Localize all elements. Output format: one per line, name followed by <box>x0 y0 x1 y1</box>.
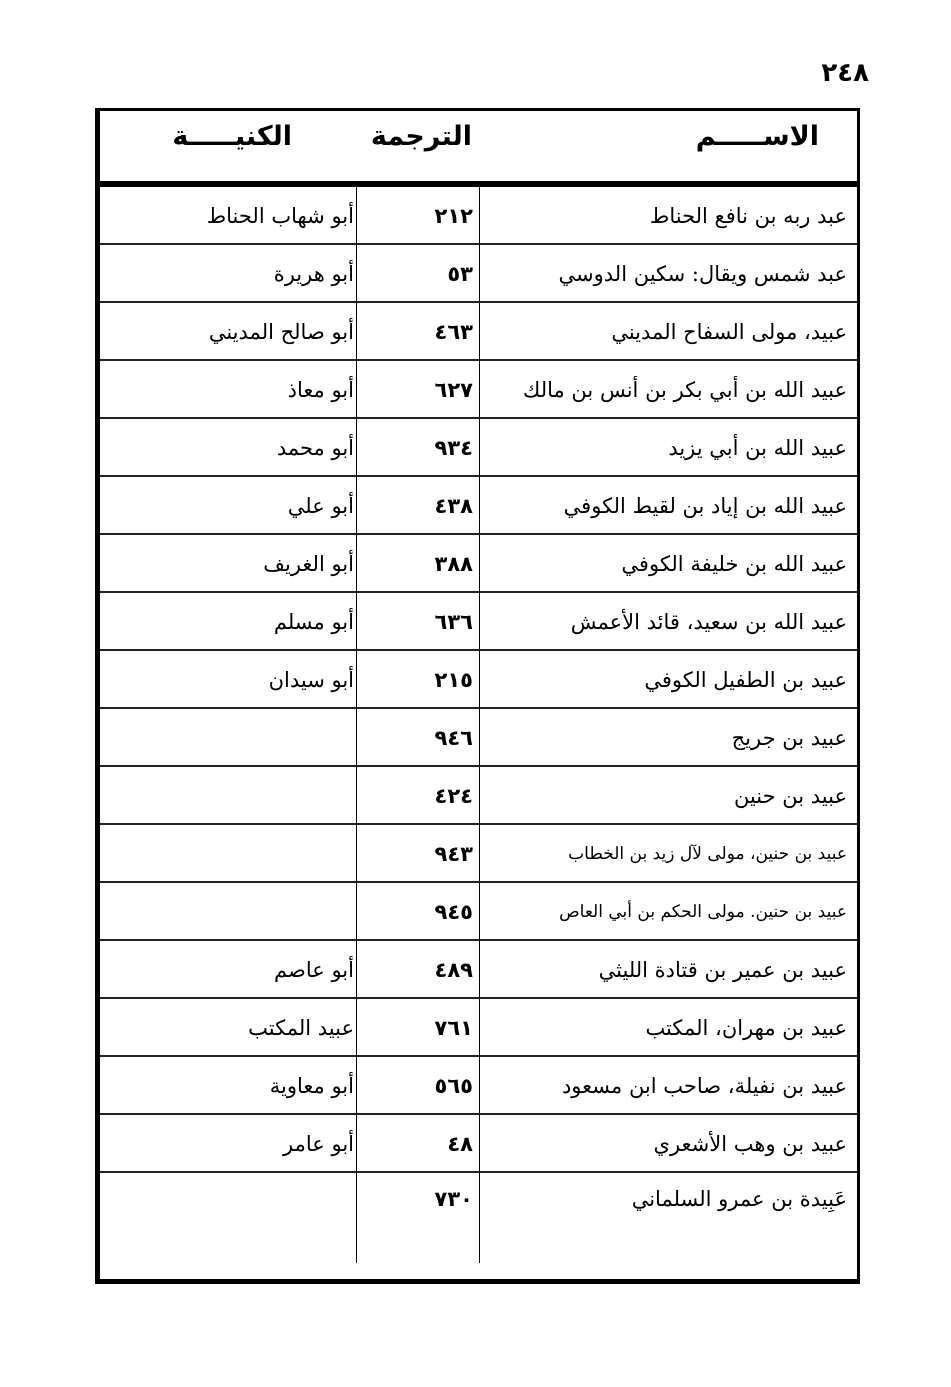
entry-number-cell: ٢١٥ <box>356 651 479 707</box>
name-cell: عبيد الله بن إياد بن لقيط الكوفي <box>479 477 857 533</box>
column-header-kunya: الكنيـــــة <box>172 121 292 152</box>
table-row: عبيد بن جريج ٩٤٦ <box>100 709 857 767</box>
name-cell: عبيد الله بن سعيد، قائد الأعمش <box>479 593 857 649</box>
table-row: عبيد الله بن خليفة الكوفي ٣٨٨ أبو الغريف <box>100 535 857 593</box>
table-header: الاســـــم الترجمة الكنيـــــة <box>100 111 860 187</box>
entry-number-cell: ٣٨٨ <box>356 535 479 591</box>
kunya-cell <box>100 709 356 765</box>
table-row: عبيد الله بن سعيد، قائد الأعمش ٦٣٦ أبو م… <box>100 593 857 651</box>
entry-number-cell: ٤٢٤ <box>356 767 479 823</box>
name-cell: عبد شمس ويقال: سكين الدوسي <box>479 245 857 301</box>
table-row: عبيد بن عمير بن قتادة الليثي ٤٨٩ أبو عاص… <box>100 941 857 999</box>
kunya-cell: أبو عاصم <box>100 941 356 997</box>
names-index-table: الاســـــم الترجمة الكنيـــــة عبد ربه ب… <box>95 108 860 1284</box>
entry-number-cell: ٩٤٣ <box>356 825 479 881</box>
table-body: عبد ربه بن نافع الحناط ٢١٢ أبو شهاب الحن… <box>100 187 857 1263</box>
table-row: عَبِيدة بن عمرو السلماني ٧٣٠ <box>100 1173 857 1263</box>
kunya-cell: أبو معاذ <box>100 361 356 417</box>
kunya-cell: أبو عامر <box>100 1115 356 1171</box>
entry-number-cell: ٦٢٧ <box>356 361 479 417</box>
entry-number-cell: ٥٣ <box>356 245 479 301</box>
name-cell: عَبِيدة بن عمرو السلماني <box>479 1173 857 1263</box>
kunya-cell: أبو هريرة <box>100 245 356 301</box>
kunya-cell: أبو صالح المديني <box>100 303 356 359</box>
entry-number-cell: ٤٨٩ <box>356 941 479 997</box>
kunya-cell <box>100 767 356 823</box>
entry-number-cell: ٩٤٥ <box>356 883 479 939</box>
name-cell: عبيد بن مهران، المكتب <box>479 999 857 1055</box>
name-cell: عبيد الله بن خليفة الكوفي <box>479 535 857 591</box>
name-cell: عبيد بن نفيلة، صاحب ابن مسعود <box>479 1057 857 1113</box>
kunya-cell: أبو معاوية <box>100 1057 356 1113</box>
table-row: عبيد بن مهران، المكتب ٧٦١ عبيد المكتب <box>100 999 857 1057</box>
kunya-cell: أبو مسلم <box>100 593 356 649</box>
table-row: عبيد بن وهب الأشعري ٤٨ أبو عامر <box>100 1115 857 1173</box>
table-row: عبيد الله بن أبي بكر بن أنس بن مالك ٦٢٧ … <box>100 361 857 419</box>
entry-number-cell: ٦٣٦ <box>356 593 479 649</box>
page-number: ٢٤٨ <box>821 58 869 88</box>
name-cell: عبيد بن حنين، مولى لآل زيد بن الخطاب <box>479 825 857 881</box>
kunya-cell <box>100 883 356 939</box>
name-cell: عبيد بن جريج <box>479 709 857 765</box>
entry-number-cell: ٩٣٤ <box>356 419 479 475</box>
name-cell: عبيد الله بن أبي بكر بن أنس بن مالك <box>479 361 857 417</box>
kunya-cell <box>100 825 356 881</box>
name-cell: عبيد بن حنين. مولى الحكم بن أبي العاص <box>479 883 857 939</box>
name-cell: عبيد، مولى السفاح المديني <box>479 303 857 359</box>
entry-number-cell: ٢١٢ <box>356 187 479 243</box>
table-row: عبيد، مولى السفاح المديني ٤٦٣ أبو صالح ا… <box>100 303 857 361</box>
table-row: عبد شمس ويقال: سكين الدوسي ٥٣ أبو هريرة <box>100 245 857 303</box>
kunya-cell: أبو سيدان <box>100 651 356 707</box>
name-cell: عبيد بن الطفيل الكوفي <box>479 651 857 707</box>
table-row: عبيد الله بن أبي يزيد ٩٣٤ أبو محمد <box>100 419 857 477</box>
name-cell: عبيد الله بن أبي يزيد <box>479 419 857 475</box>
table-row: عبيد بن حنين ٤٢٤ <box>100 767 857 825</box>
kunya-cell: أبو علي <box>100 477 356 533</box>
kunya-cell: أبو محمد <box>100 419 356 475</box>
kunya-cell: أبو الغريف <box>100 535 356 591</box>
table-row: عبيد بن نفيلة، صاحب ابن مسعود ٥٦٥ أبو مع… <box>100 1057 857 1115</box>
table-row: عبيد بن الطفيل الكوفي ٢١٥ أبو سيدان <box>100 651 857 709</box>
kunya-cell: عبيد المكتب <box>100 999 356 1055</box>
entry-number-cell: ٧٦١ <box>356 999 479 1055</box>
kunya-cell: أبو شهاب الحناط <box>100 187 356 243</box>
name-cell: عبيد بن حنين <box>479 767 857 823</box>
table-row: عبيد بن حنين. مولى الحكم بن أبي العاص ٩٤… <box>100 883 857 941</box>
entry-number-cell: ٩٤٦ <box>356 709 479 765</box>
column-header-name: الاســـــم <box>696 121 819 152</box>
entry-number-cell: ٤٨ <box>356 1115 479 1171</box>
table-row: عبد ربه بن نافع الحناط ٢١٢ أبو شهاب الحن… <box>100 187 857 245</box>
kunya-cell <box>100 1173 356 1263</box>
name-cell: عبيد بن عمير بن قتادة الليثي <box>479 941 857 997</box>
table-row: عبيد الله بن إياد بن لقيط الكوفي ٤٣٨ أبو… <box>100 477 857 535</box>
column-header-entry: الترجمة <box>371 121 472 152</box>
entry-number-cell: ٤٣٨ <box>356 477 479 533</box>
entry-number-cell: ٧٣٠ <box>356 1173 479 1263</box>
table-row: عبيد بن حنين، مولى لآل زيد بن الخطاب ٩٤٣ <box>100 825 857 883</box>
name-cell: عبد ربه بن نافع الحناط <box>479 187 857 243</box>
entry-number-cell: ٥٦٥ <box>356 1057 479 1113</box>
entry-number-cell: ٤٦٣ <box>356 303 479 359</box>
name-cell: عبيد بن وهب الأشعري <box>479 1115 857 1171</box>
